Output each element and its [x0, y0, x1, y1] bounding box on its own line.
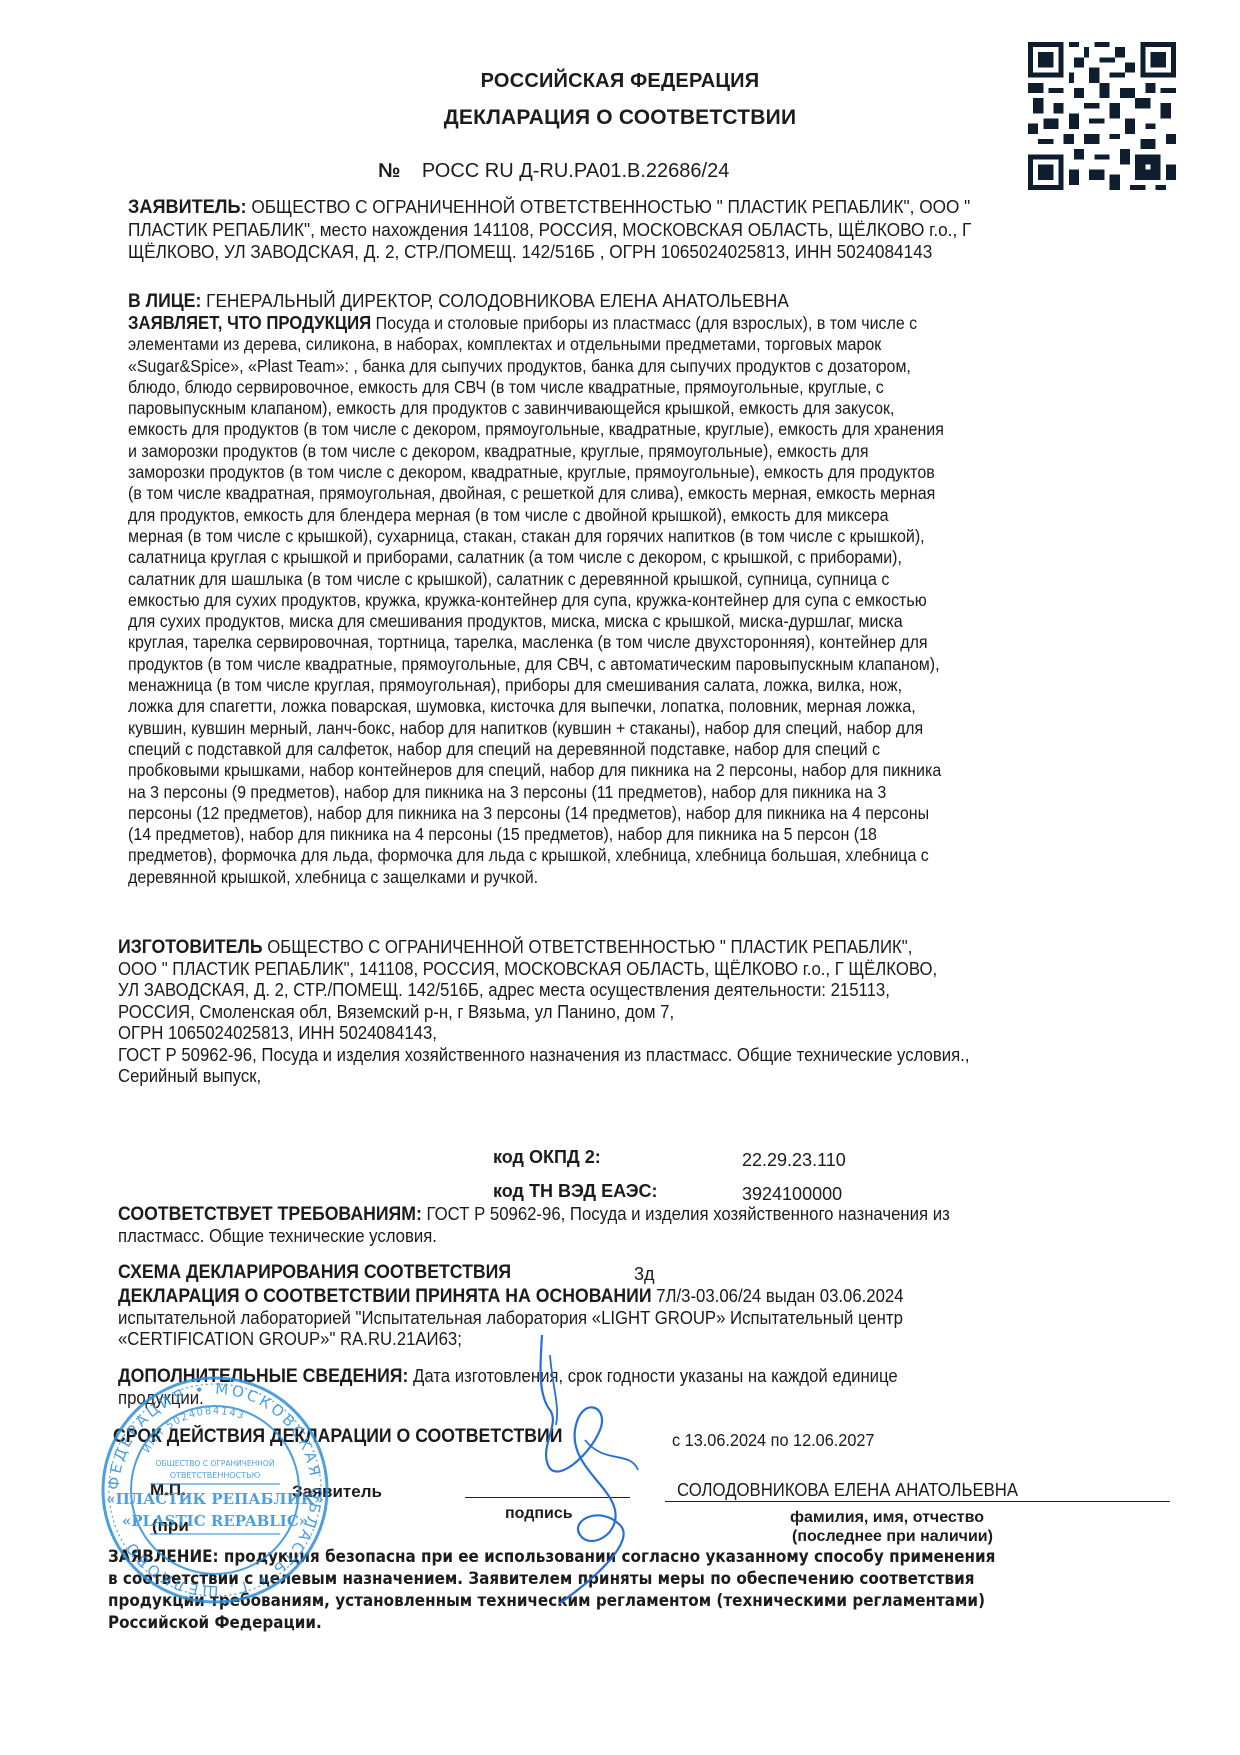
product-line: для продуктов, емкость для блендера мерн… [128, 505, 1095, 526]
manufacturer-line: Серийный выпуск, [118, 1066, 1085, 1088]
handwritten-signature [520, 1335, 660, 1605]
product-label: ЗАЯВЛЯЕТ, ЧТО ПРОДУКЦИЯ [128, 313, 371, 333]
statement-line: Российской Федерации. [108, 1612, 1102, 1634]
okpd-value: 22.29.23.110 [742, 1150, 846, 1171]
product-line: «Sugar&Spice», «Plast Team»: , банка для… [128, 356, 1095, 377]
conformity-line: ГОСТ Р 50962-96, Посуда и изделия хозяйс… [427, 1204, 950, 1224]
stamp-name-en: «PLASTIC REPABLIC» [122, 1512, 308, 1530]
document-number-value: РОСС RU Д-RU.РА01.В.22686/24 [422, 160, 729, 182]
stamp-line2: ОТВЕТСТВЕННОСТЬЮ [170, 1471, 261, 1480]
applicant-line: ЩЁЛКОВО, УЛ ЗАВОДСКАЯ, Д. 2, СТР./ПОМЕЩ.… [128, 241, 1151, 264]
manufacturer-line: ГОСТ Р 50962-96, Посуда и изделия хозяйс… [118, 1045, 1085, 1067]
scheme-value: 3д [634, 1264, 655, 1285]
applicant-label: ЗАЯВИТЕЛЬ: [128, 196, 247, 218]
manufacturer-line: РОССИЯ, Смоленская обл, Вяземский р-н, г… [118, 1002, 1085, 1024]
product-line: предметов), формочка для льда, формочка … [128, 845, 1095, 866]
tnved-label: код ТН ВЭД ЕАЭС: [493, 1181, 658, 1202]
manufacturer-section: ИЗГОТОВИТЕЛЬ ОБЩЕСТВО С ОГРАНИЧЕННОЙ ОТВ… [118, 937, 1085, 1088]
tnved-value: 3924100000 [742, 1184, 842, 1205]
manufacturer-line: ОГРН 1065024025813, ИНН 5024084143, [118, 1023, 1085, 1045]
number-symbol: № [378, 160, 400, 182]
validity-value: с 13.06.2024 по 12.06.2027 [672, 1430, 874, 1451]
product-line: емкость для продуктов (в том числе с дек… [128, 419, 1095, 440]
conformity-line: пластмасс. Общие технические условия. [118, 1226, 1085, 1248]
product-line: ложка для спагетти, ложка поварская, шум… [128, 696, 1095, 717]
product-section: ЗАЯВЛЯЕТ, ЧТО ПРОДУКЦИЯ Посуда и столовы… [128, 313, 1095, 888]
product-line: на 3 персоны (9 предметов), набор для пи… [128, 782, 1095, 803]
product-line: и заморозки продуктов (в том числе с дек… [128, 441, 1095, 462]
okpd-label: код ОКПД 2: [493, 1147, 601, 1168]
name-line [665, 1501, 1170, 1502]
product-line: персоны (12 предметов), набор для пикник… [128, 803, 1095, 824]
product-line: мерная (в том числе с крышкой), сухарниц… [128, 526, 1095, 547]
product-line: паровыпускным клапаном), емкость для про… [128, 398, 1095, 419]
applicant-line: ПЛАСТИК РЕПАБЛИК", место нахождения 1411… [128, 219, 1151, 242]
represented-by-value: ГЕНЕРАЛЬНЫЙ ДИРЕКТОР, СОЛОДОВНИКОВА ЕЛЕН… [206, 290, 789, 311]
basis-line: испытательной лабораторией "Испытательна… [118, 1308, 1141, 1330]
product-line: заморозки продуктов (в том числе с декор… [128, 462, 1095, 483]
stamp-name-ru: «ПЛАСТИК РЕПАБЛИК» [106, 1490, 324, 1508]
product-line: Посуда и столовые приборы из пластмасс (… [376, 313, 918, 333]
product-line: деревянной крышкой, хлебница с защелками… [128, 867, 1095, 888]
conformity-section: СООТВЕТСТВУЕТ ТРЕБОВАНИЯМ: ГОСТ Р 50962-… [118, 1204, 1085, 1247]
represented-by-label: В ЛИЦЕ: [128, 291, 201, 312]
manufacturer-label: ИЗГОТОВИТЕЛЬ [118, 937, 263, 958]
manufacturer-line: УЛ ЗАВОДСКАЯ, Д. 2, СТР./ПОМЕЩ. 142/516Б… [118, 980, 1085, 1002]
manufacturer-line: ООО " ПЛАСТИК РЕПАБЛИК", 141108, РОССИЯ,… [118, 959, 1085, 981]
product-line: для сухих продуктов, миска для смешивани… [128, 611, 1095, 632]
name-caption: фамилия, имя, отчество [790, 1509, 984, 1527]
country-title: РОССИЙСКАЯ ФЕДЕРАЦИЯ [0, 70, 1240, 93]
name-caption-note: (последнее при наличии) [792, 1528, 993, 1546]
product-line: салатник для шашлыка (в том числе с крыш… [128, 569, 1095, 590]
represented-by-section: В ЛИЦЕ: ГЕНЕРАЛЬНЫЙ ДИРЕКТОР, СОЛОДОВНИК… [128, 290, 1151, 313]
product-line: менажница (в том числе круглая, прямоуго… [128, 675, 1095, 696]
product-line: круглая, тарелка сервировочная, тортница… [128, 632, 1095, 653]
basis-line: 7Л/3-03.06/24 выдан 03.06.2024 [656, 1286, 903, 1306]
signatory-name: СОЛОДОВНИКОВА ЕЛЕНА АНАТОЛЬЕВНА [677, 1480, 1018, 1501]
basis-label: ДЕКЛАРАЦИЯ О СООТВЕТСТВИИ ПРИНЯТА НА ОСН… [118, 1286, 652, 1307]
conformity-label: СООТВЕТСТВУЕТ ТРЕБОВАНИЯМ: [118, 1204, 422, 1225]
applicant-line: ОБЩЕСТВО С ОГРАНИЧЕННОЙ ОТВЕТСТВЕННОСТЬЮ… [251, 196, 970, 217]
manufacturer-line: ОБЩЕСТВО С ОГРАНИЧЕННОЙ ОТВЕТСТВЕННОСТЬЮ… [267, 937, 912, 957]
company-stamp: ФЕДЕРАЦИЯ • МОСКОВСКАЯ ОБЛАСТЬ • Г. ЩЁЛК… [95, 1370, 335, 1610]
product-line: специй с подставкой для салфеток, набор … [128, 739, 1095, 760]
product-line: (в том числе квадратная, прямоугольная, … [128, 483, 1095, 504]
product-line: кувшин, кувшин мерный, ланч-бокс, набор … [128, 718, 1095, 739]
product-line: пробковыми крышками, набор контейнеров д… [128, 760, 1095, 781]
stamp-line1: ОБЩЕСТВО С ОГРАНИЧЕННОЙ [156, 1459, 275, 1468]
document-title: ДЕКЛАРАЦИЯ О СООТВЕТСТВИИ [0, 106, 1240, 130]
applicant-section: ЗАЯВИТЕЛЬ: ОБЩЕСТВО С ОГРАНИЧЕННОЙ ОТВЕТ… [128, 196, 1151, 264]
document-number: № РОСС RU Д-RU.РА01.В.22686/24 [378, 160, 729, 183]
product-line: (14 предметов), набор для пикника на 4 п… [128, 824, 1095, 845]
product-line: элементами из дерева, силикона, в набора… [128, 334, 1095, 355]
product-line: блюдо, блюдо сервировочное, емкость для … [128, 377, 1095, 398]
product-line: салатница круглая с крышкой и приборами,… [128, 547, 1095, 568]
product-line: емкостью для сухих продуктов, кружка, кр… [128, 590, 1095, 611]
scheme-label: СХЕМА ДЕКЛАРИРОВАНИЯ СООТВЕТСТВИЯ [118, 1262, 511, 1284]
product-line: продуктов (в том числе квадратные, прямо… [128, 654, 1095, 675]
